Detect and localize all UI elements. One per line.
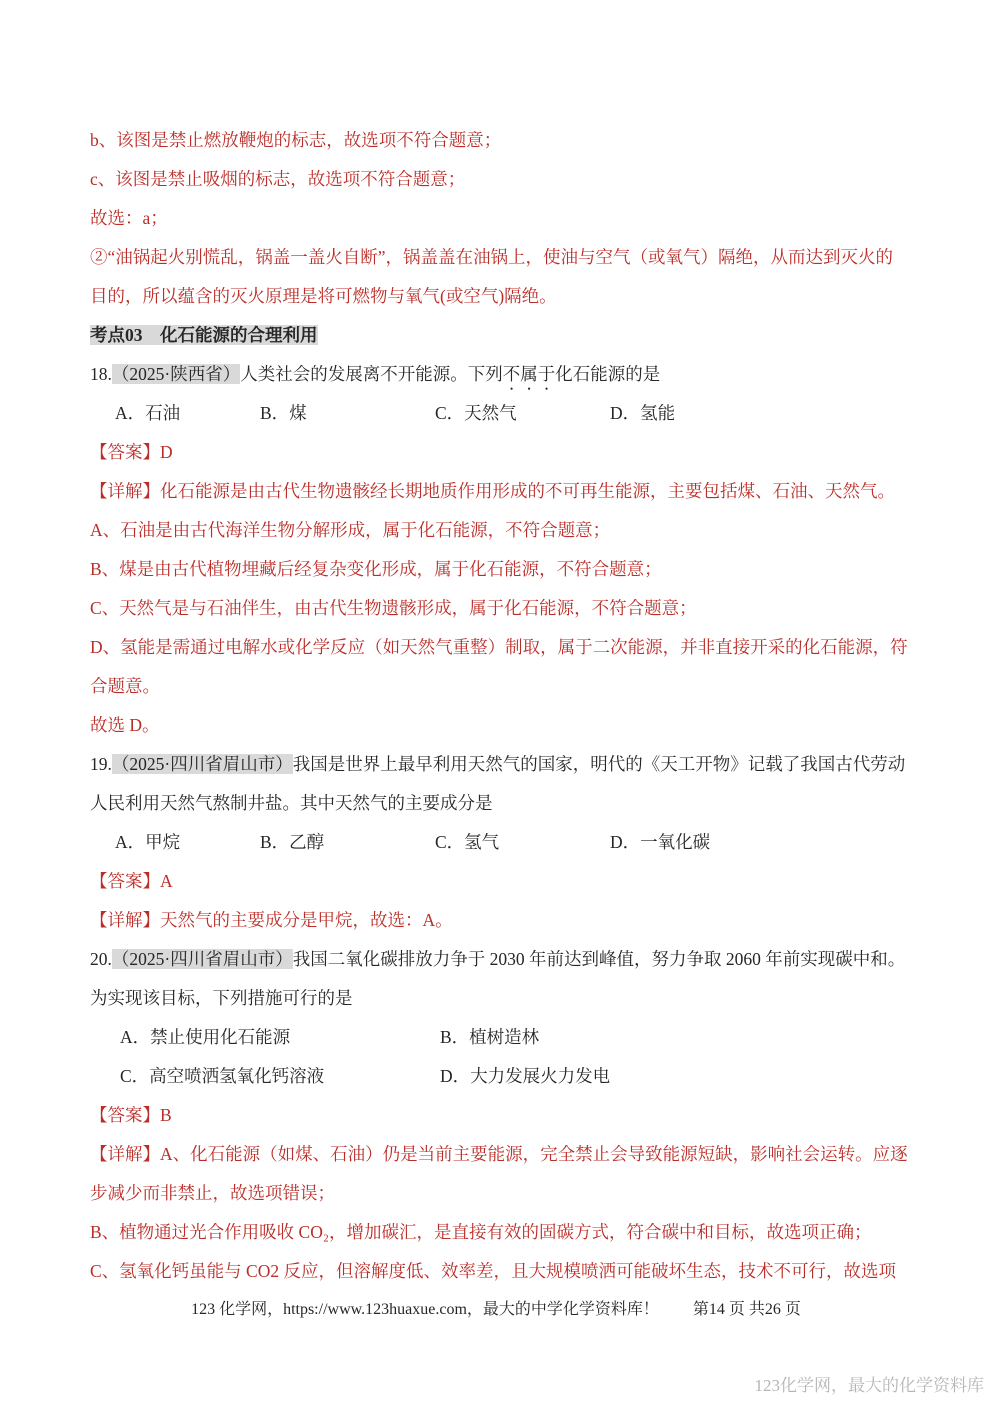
question-19-answer: 【答案】A: [90, 862, 912, 901]
intro-line: ②“油锅起火别慌乱，锅盖一盖火自断”，锅盖盖在油锅上，使油与空气（或氧气）隔绝，…: [90, 238, 912, 277]
question-20-analysis-line: B、植物通过光合作用吸收 CO₂，增加碳汇，是直接有效的固碳方式，符合碳中和目标…: [90, 1213, 912, 1252]
document-page: b、该图是禁止燃放鞭炮的标志，故选项不符合题意； c、该图是禁止吸烟的标志，故选…: [90, 121, 912, 1291]
intro-line: 目的，所以蕴含的灭火原理是将可燃物与氧气(或空气)隔绝。: [90, 277, 912, 316]
question-18-analysis-line: A、石油是由古代海洋生物分解形成，属于化石能源，不符合题意；: [90, 511, 912, 550]
question-20-option-d: D．大力发展火力发电: [440, 1057, 610, 1096]
question-18-analysis-line: 合题意。: [90, 667, 912, 706]
question-19-number: 19.: [90, 754, 112, 774]
question-19-source: （2025·四川省眉山市）: [112, 754, 293, 774]
question-20-analysis-line: 步减少而非禁止，故选项错误；: [90, 1174, 912, 1213]
question-20-stem: 20.（2025·四川省眉山市）我国二氧化碳排放力争于 2030 年前达到峰值，…: [90, 940, 912, 979]
question-18-stem-text: 化石能源的是: [555, 364, 660, 384]
question-20-options-row-1: A．禁止使用化石能源B．植树造林: [90, 1018, 912, 1057]
question-18-option-c: C．天然气: [435, 394, 610, 433]
intro-line: c、该图是禁止吸烟的标志，故选项不符合题意；: [90, 160, 912, 199]
question-18-answer: 【答案】D: [90, 433, 912, 472]
question-20-option-a: A．禁止使用化石能源: [120, 1018, 440, 1057]
question-20-stem-text: 我国二氧化碳排放力争于 2030 年前达到峰值，努力争取 2060 年前实现碳中…: [293, 949, 906, 969]
question-18-option-d: D．氢能: [610, 394, 675, 433]
question-18-stem-text: 人类社会的发展离不开能源。下列: [240, 364, 503, 384]
question-18-analysis-line: 故选 D。: [90, 706, 912, 745]
question-18-analysis-line: B、煤是由古代植物埋藏后经复杂变化形成，属于化石能源，不符合题意；: [90, 550, 912, 589]
question-18-analysis-line: C、天然气是与石油伴生，由古代生物遗骸形成，属于化石能源，不符合题意；: [90, 589, 912, 628]
question-19-stem-text: 我国是世界上最早利用天然气的国家，明代的《天工开物》记载了我国古代劳动: [293, 754, 906, 774]
question-19-stem: 19.（2025·四川省眉山市）我国是世界上最早利用天然气的国家，明代的《天工开…: [90, 745, 912, 784]
page-footer: 123 化学网，https://www.123huaxue.com，最大的中学化…: [0, 1290, 992, 1329]
question-18-analysis-line: D、氢能是需通过电解水或化学反应（如天然气重整）制取，属于二次能源，并非直接开采…: [90, 628, 912, 667]
intro-line: b、该图是禁止燃放鞭炮的标志，故选项不符合题意；: [90, 121, 912, 160]
question-20-option-b: B．植树造林: [440, 1018, 539, 1057]
section-header: 考点03 化石能源的合理利用: [90, 325, 318, 345]
question-19-option-c: C．氢气: [435, 823, 610, 862]
question-20-source: （2025·四川省眉山市）: [112, 949, 293, 969]
question-19-analysis-line: 【详解】天然气的主要成分是甲烷，故选：A。: [90, 901, 912, 940]
question-18-stem-emphasis: 不属于: [503, 364, 556, 384]
question-18-analysis-line: 【详解】化石能源是由古代生物遗骸经长期地质作用形成的不可再生能源，主要包括煤、石…: [90, 472, 912, 511]
question-20-option-c: C．高空喷洒氢氧化钙溶液: [120, 1057, 440, 1096]
footer-site-info: 123 化学网，https://www.123huaxue.com，最大的中学化…: [191, 1301, 659, 1318]
question-20-options-row-2: C．高空喷洒氢氧化钙溶液D．大力发展火力发电: [90, 1057, 912, 1096]
question-19-stem-continued: 人民利用天然气熬制井盐。其中天然气的主要成分是: [90, 784, 912, 823]
question-20-stem-continued: 为实现该目标，下列措施可行的是: [90, 979, 912, 1018]
question-19-options-row: A．甲烷B．乙醇C．氢气D．一氧化碳: [90, 823, 912, 862]
question-18-option-a: A．石油: [115, 394, 260, 433]
intro-line: 故选：a；: [90, 199, 912, 238]
section-header-row: 考点03 化石能源的合理利用: [90, 316, 912, 355]
question-19-option-d: D．一氧化碳: [610, 823, 710, 862]
question-20-analysis-line: 【详解】A、化石能源（如煤、石油）仍是当前主要能源，完全禁止会导致能源短缺，影响…: [90, 1135, 912, 1174]
question-18-stem: 18.（2025·陕西省）人类社会的发展离不开能源。下列不属于化石能源的是: [90, 355, 912, 394]
watermark-text: 123化学网，最大的化学资料库: [755, 1371, 985, 1396]
question-20-analysis-line: C、氢氧化钙虽能与 CO2 反应，但溶解度低、效率差，且大规模喷洒可能破坏生态，…: [90, 1252, 912, 1291]
question-18-options-row: A．石油B．煤C．天然气D．氢能: [90, 394, 912, 433]
question-18-option-b: B．煤: [260, 394, 435, 433]
question-19-option-b: B．乙醇: [260, 823, 435, 862]
question-18-number: 18.: [90, 364, 112, 384]
question-20-answer: 【答案】B: [90, 1096, 912, 1135]
question-19-option-a: A．甲烷: [115, 823, 260, 862]
question-18-source: （2025·陕西省）: [112, 364, 240, 384]
footer-page-number: 第14 页 共26 页: [693, 1301, 801, 1318]
question-20-number: 20.: [90, 949, 112, 969]
